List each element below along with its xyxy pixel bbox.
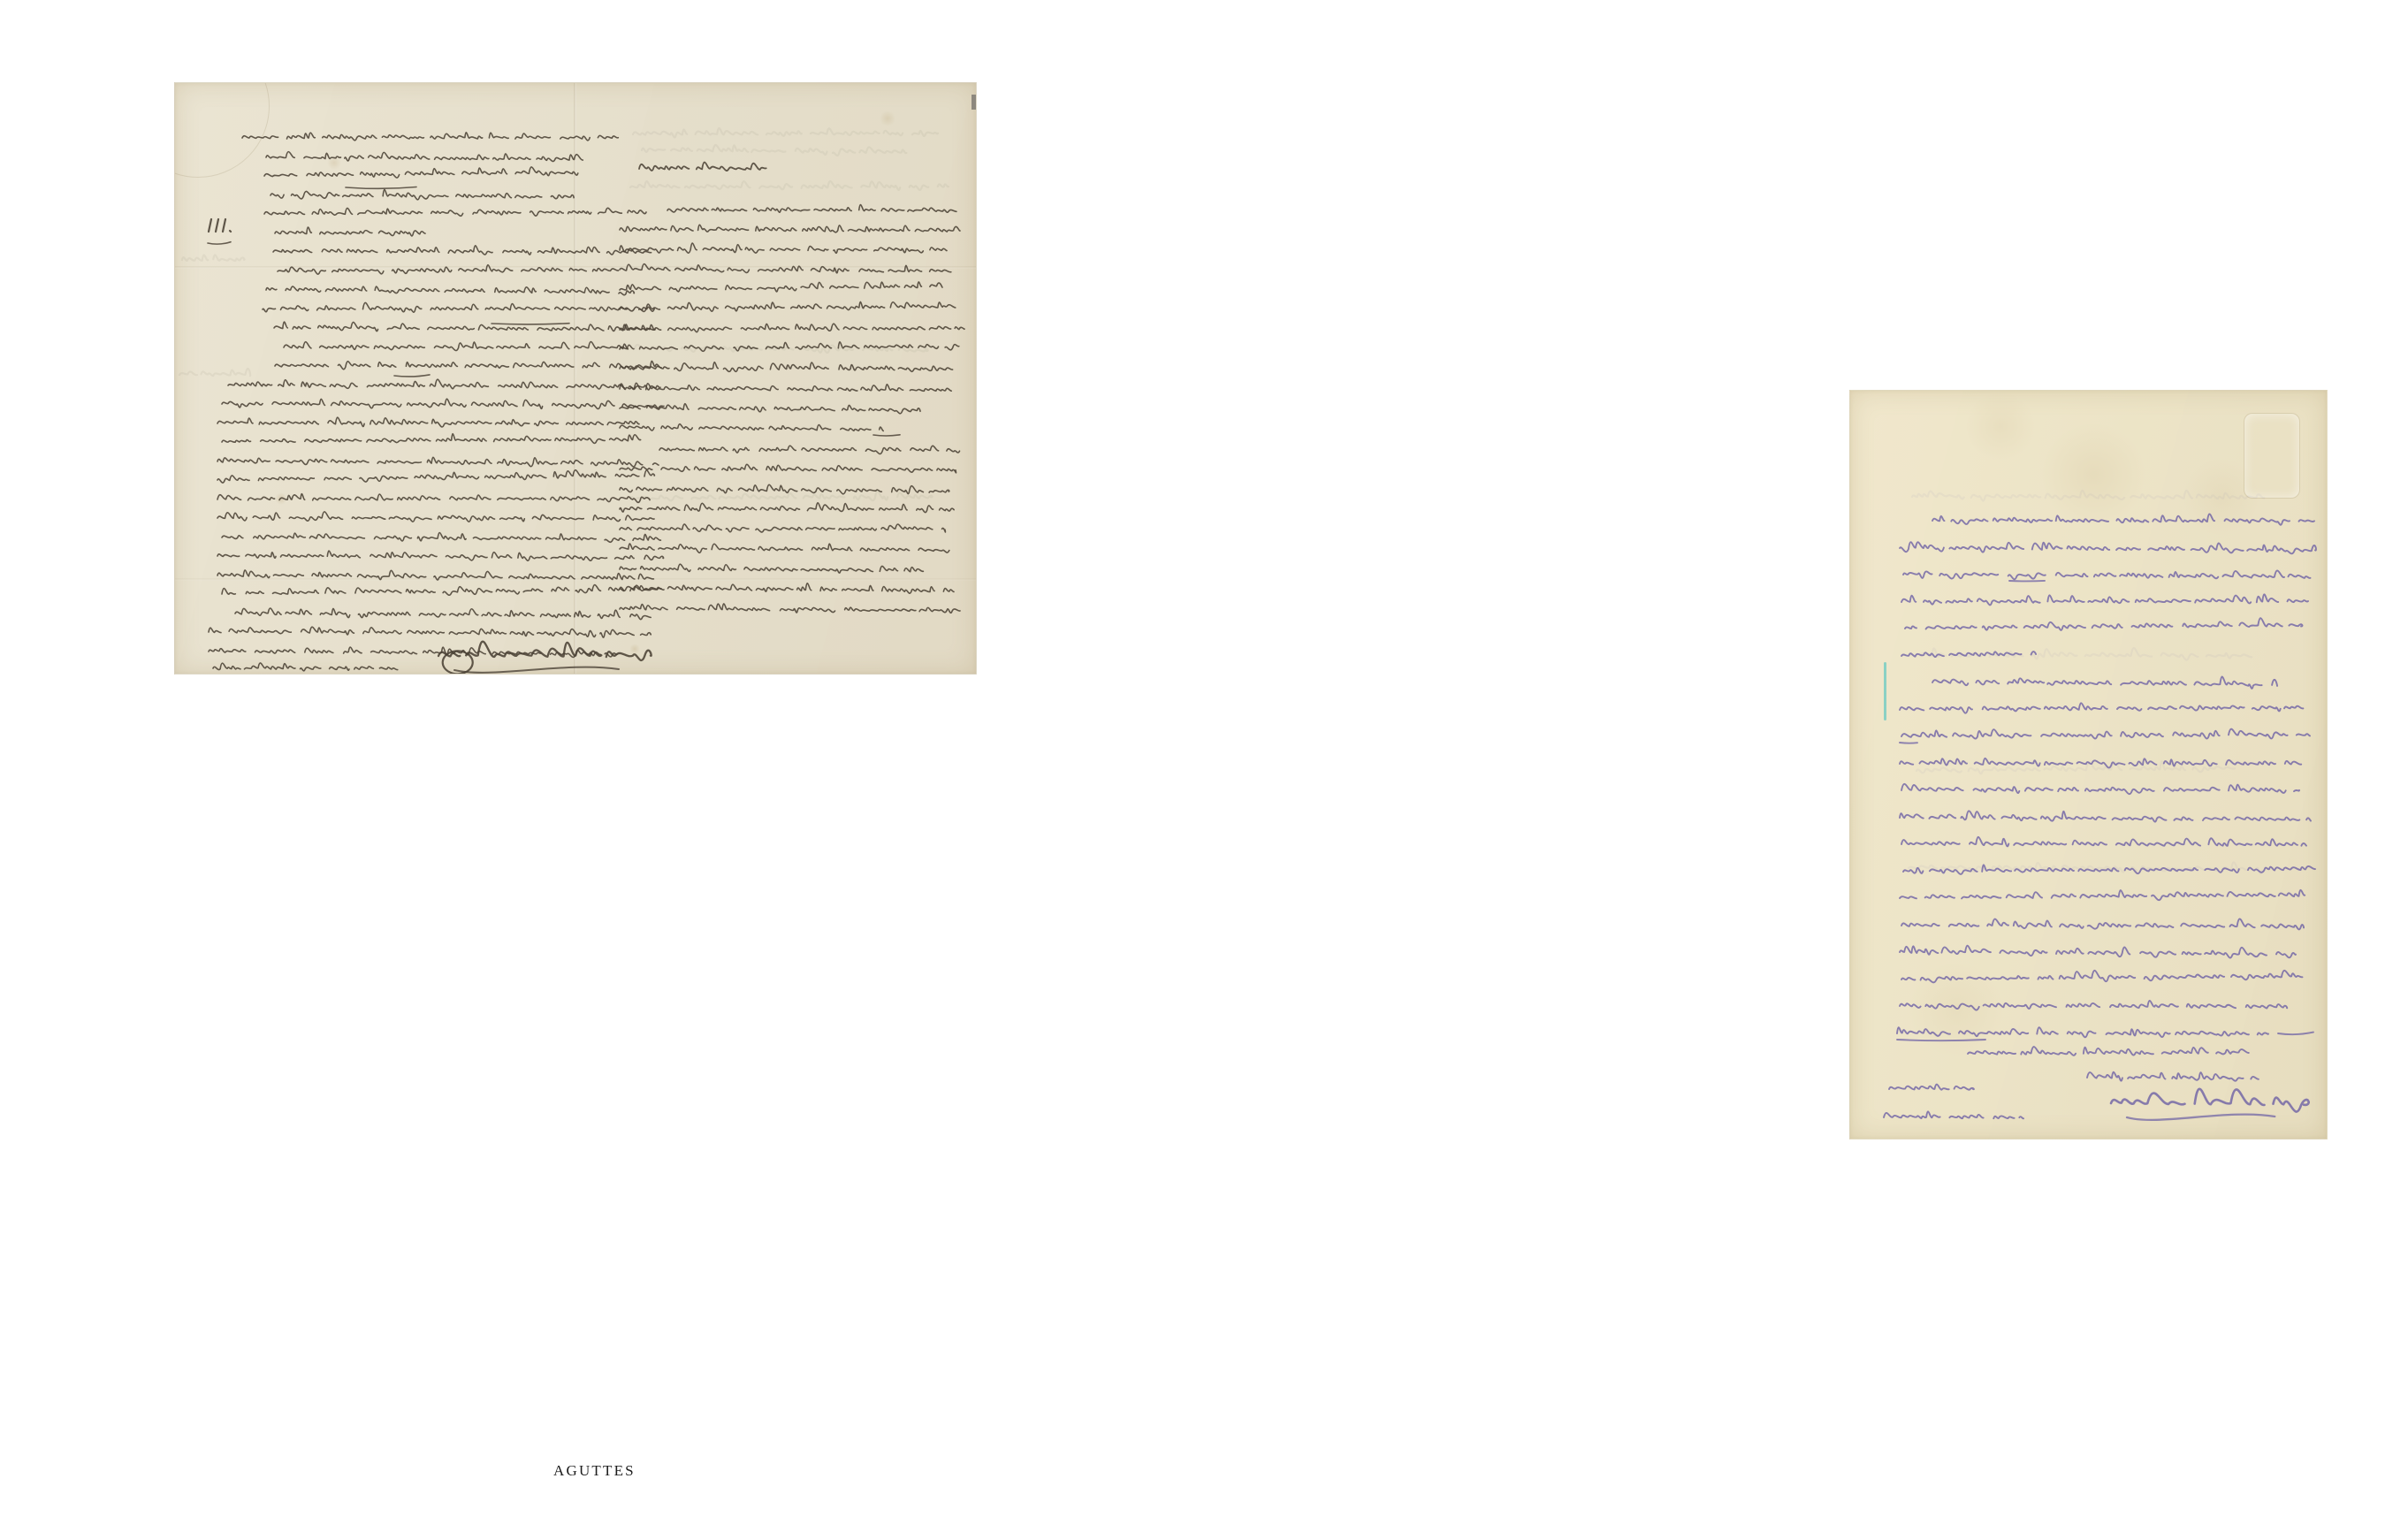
handwriting-line — [620, 225, 960, 232]
handwriting-line — [284, 342, 628, 351]
underline-stroke — [208, 242, 231, 244]
handwriting-line — [209, 647, 617, 657]
underline-stroke — [394, 375, 430, 377]
ghost-showthrough-line — [179, 369, 250, 376]
handwriting-line — [620, 243, 947, 253]
handwriting-line — [620, 524, 945, 532]
underline-stroke — [2278, 1033, 2313, 1035]
ghost-showthrough-line — [630, 181, 949, 190]
handwriting-line — [1932, 514, 2314, 524]
handwriting-line — [217, 494, 650, 503]
handwriting-line — [242, 133, 618, 141]
handwriting-line — [620, 564, 923, 573]
handwriting-line — [222, 585, 664, 596]
handwriting-line — [1968, 1047, 2256, 1056]
handwriting-line — [1900, 758, 2301, 768]
handwriting-line — [1900, 946, 2296, 958]
handwriting-line — [1905, 618, 2303, 630]
handwriting-line — [1900, 811, 2311, 821]
handwriting-line — [620, 383, 958, 391]
handwriting-line — [667, 205, 962, 213]
handwriting-line — [620, 264, 951, 273]
handwriting-line — [1903, 570, 2311, 579]
underline-stroke — [492, 324, 569, 324]
handwriting-line — [620, 464, 956, 473]
handwriting-line — [217, 512, 654, 522]
handwriting-line — [217, 417, 639, 427]
manuscript-letter-single — [1849, 390, 2328, 1139]
underline-stroke — [1900, 743, 1917, 743]
handwriting-line — [620, 282, 942, 292]
ghost-showthrough-line — [642, 145, 906, 156]
handwriting-line — [217, 470, 654, 483]
handwriting-line — [273, 246, 656, 255]
handwriting-line — [266, 152, 583, 162]
handwriting-line — [217, 457, 659, 467]
ghost-showthrough-line — [633, 128, 938, 137]
handwriting-line — [222, 532, 660, 542]
ghost-showthrough-line — [635, 345, 928, 353]
handwriting-line — [1901, 971, 2310, 983]
underline-stroke — [2009, 581, 2045, 582]
handwriting-line — [620, 424, 883, 431]
handwriting-line — [620, 324, 964, 332]
handwriting-line — [222, 399, 664, 408]
handwriting-line — [266, 286, 634, 295]
dateline-stroke — [1884, 1111, 2023, 1118]
underline-stroke — [1897, 1040, 1985, 1040]
handwriting-line — [1900, 542, 2316, 553]
handwriting-line — [264, 208, 646, 216]
handwriting-line — [263, 302, 660, 312]
handwriting-line — [1901, 594, 2308, 605]
margin-numeral-III — [209, 219, 231, 232]
handwriting-line — [1897, 1027, 2268, 1037]
handwriting-line — [620, 583, 954, 593]
handwriting-line — [620, 404, 920, 414]
handwriting-line — [1900, 703, 2303, 713]
handwriting-line — [620, 301, 964, 311]
handwriting-line — [620, 503, 954, 513]
handwriting-line — [620, 544, 949, 553]
handwriting-line — [217, 570, 653, 580]
signature-flourish — [454, 667, 619, 673]
handwriting-ink-layer — [1850, 391, 2328, 1139]
signature-flourish — [2127, 1115, 2275, 1120]
handwriting-line — [274, 322, 655, 332]
handwriting-line — [235, 608, 660, 620]
handwriting-line — [620, 604, 960, 613]
handwriting-line — [620, 362, 963, 372]
handwriting-line — [275, 361, 661, 369]
handwriting-line — [228, 379, 660, 390]
handwriting-line — [264, 167, 582, 178]
handwriting-line — [1903, 865, 2315, 874]
handwriting-line — [275, 227, 425, 236]
handwriting-line — [1901, 837, 2306, 847]
placeline-stroke — [1889, 1085, 1974, 1090]
ghost-showthrough-line — [1909, 862, 2262, 873]
ghost-showthrough-line — [630, 492, 933, 501]
handwriting-line — [1901, 729, 2310, 739]
handwriting-line — [1901, 784, 2299, 794]
handwriting-ink-layer — [175, 83, 977, 675]
handwriting-line — [1932, 677, 2277, 689]
catalog-scan-sheet: AGUTTES — [0, 0, 2408, 1532]
ghost-showthrough-line — [182, 255, 245, 261]
handwriting-line — [209, 627, 651, 637]
handwriting-line — [278, 265, 619, 274]
salutation-stroke — [639, 163, 775, 171]
handwriting-line — [2087, 1072, 2259, 1081]
dateline-stroke — [213, 663, 398, 671]
handwriting-line — [1901, 918, 2304, 929]
underline-stroke — [873, 435, 900, 436]
manuscript-letter-spread — [174, 82, 977, 675]
underline-stroke — [346, 187, 416, 189]
handwriting-line — [217, 551, 664, 560]
handwriting-line — [1900, 1001, 2287, 1010]
auction-house-wordmark: AGUTTES — [553, 1462, 636, 1480]
handwriting-line — [271, 189, 574, 199]
handwriting-line — [1900, 890, 2305, 900]
handwriting-line — [659, 446, 960, 454]
signature-stroke — [2111, 1089, 2309, 1112]
ghost-showthrough-line — [1912, 491, 2264, 501]
handwriting-line — [222, 434, 650, 444]
